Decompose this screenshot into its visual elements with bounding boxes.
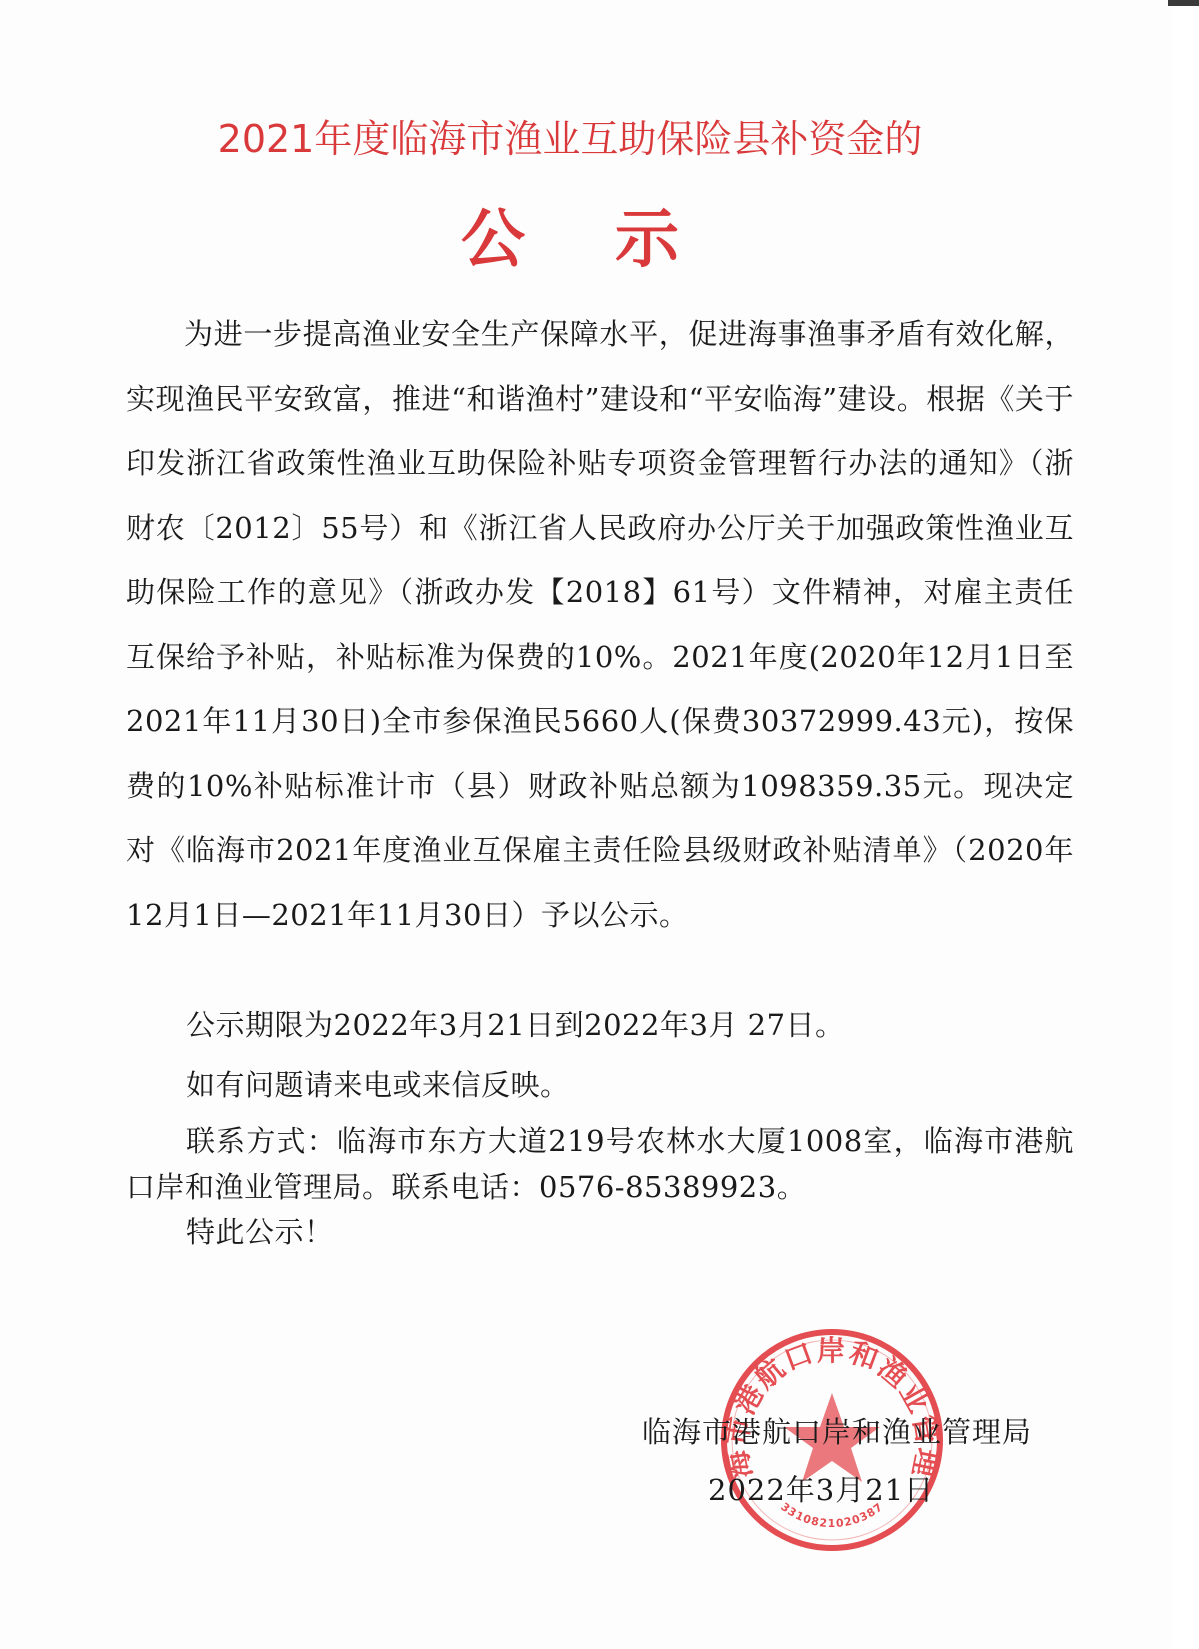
contact-paragraph: 联系方式：临海市东方大道219号农林水大厦1008室，临海市港航口岸和渔业管理局…: [126, 1118, 1074, 1210]
main-paragraph: 为进一步提高渔业安全生产保障水平，促进海事渔事矛盾有效化解，实现渔民平安致富，推…: [126, 302, 1074, 947]
scan-corner-mark: [1168, 0, 1199, 6]
document-subtitle: 公示: [0, 188, 1140, 280]
document-title: 2021年度临海市渔业互助保险县补资金的: [0, 108, 1140, 163]
feedback-paragraph: 如有问题请来电或来信反映。: [186, 1063, 570, 1104]
scan-edge: [1172, 0, 1199, 1649]
closing-text: 特此公示！: [186, 1210, 334, 1251]
signature-organization: 临海市港航口岸和渔业管理局: [642, 1410, 1032, 1451]
period-paragraph: 公示期限为2022年3月21日到2022年3月 27日。: [186, 1003, 845, 1044]
document-page: 2021年度临海市渔业互助保险县补资金的 公示 为进一步提高渔业安全生产保障水平…: [0, 0, 1172, 1649]
signature-date: 2022年3月21日: [708, 1468, 934, 1509]
